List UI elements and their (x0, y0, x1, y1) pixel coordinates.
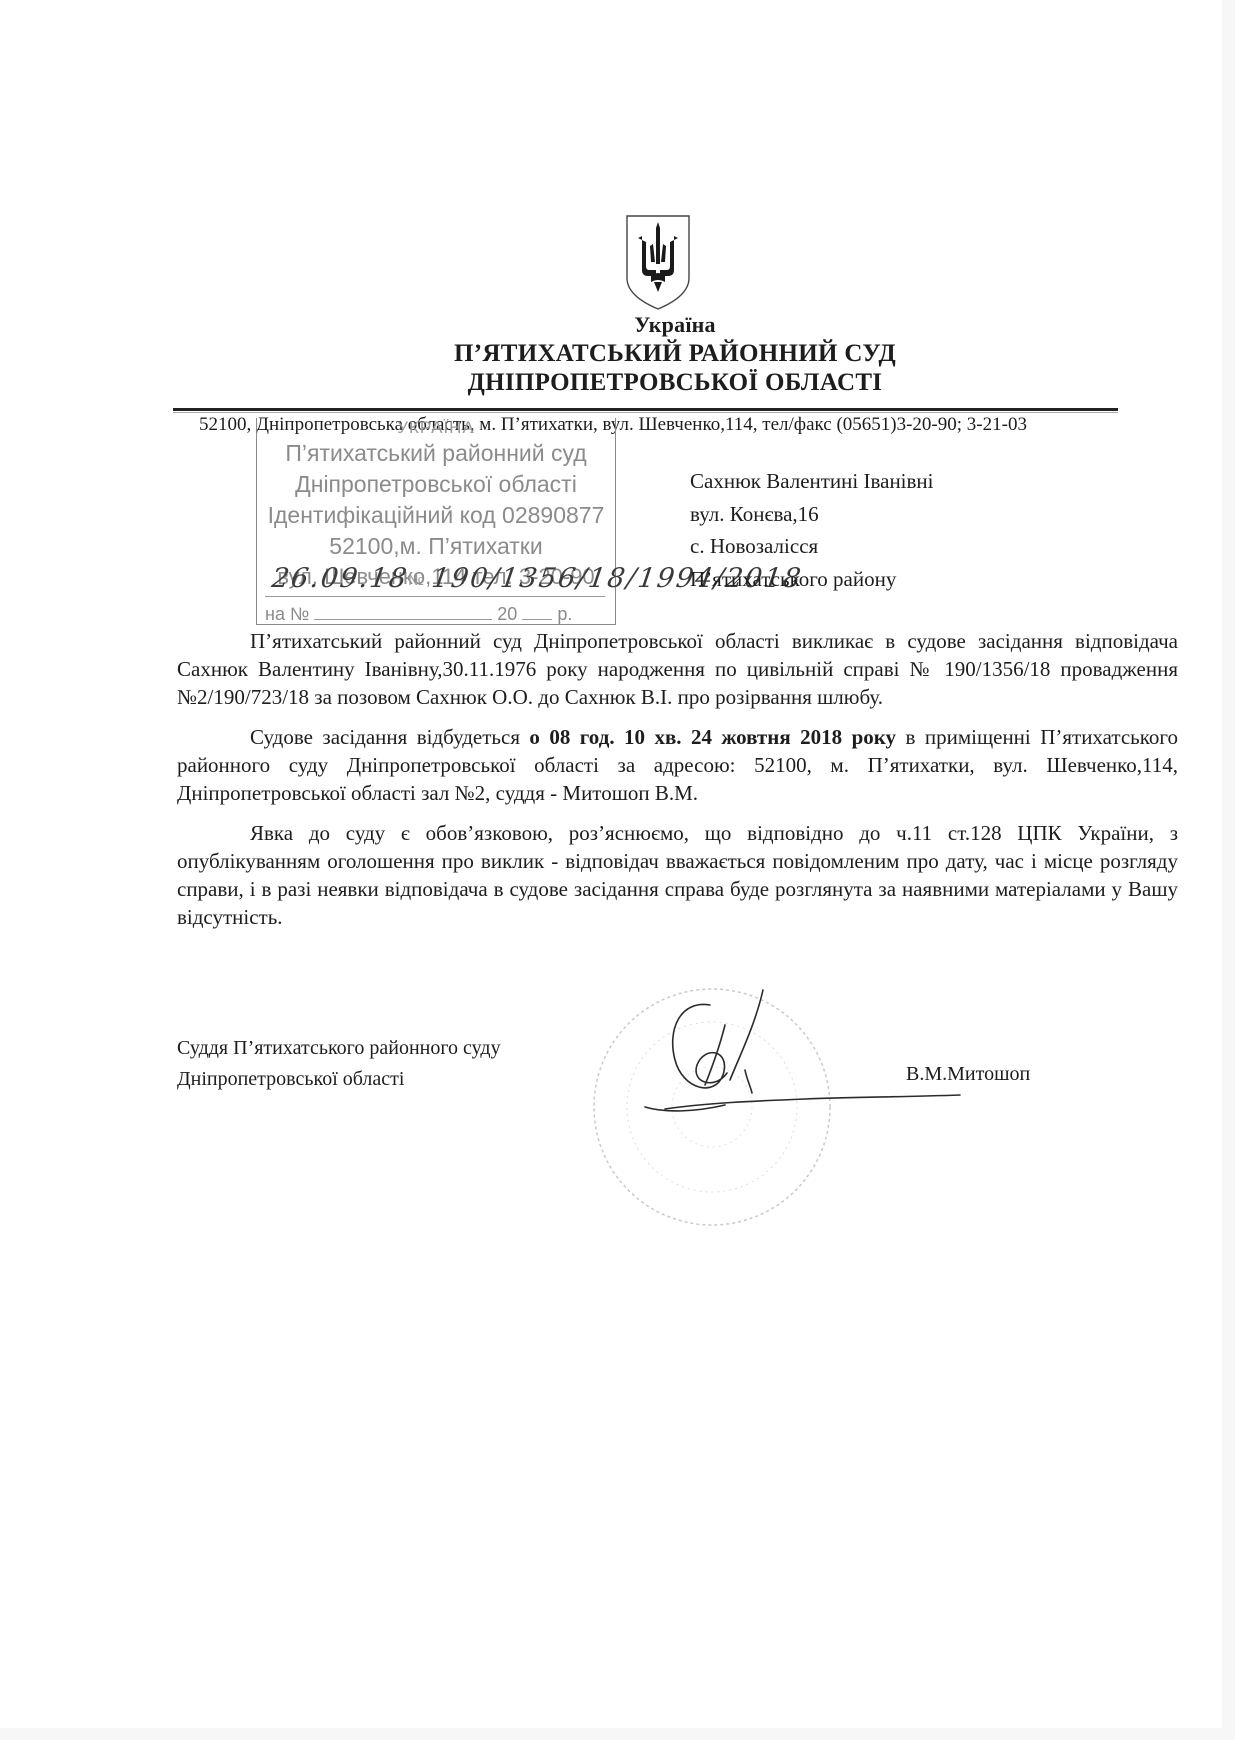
recipient-name: Сахнюк Валентині Іванівні (690, 465, 934, 498)
stamp-line: 52100,м. П’ятихатки (257, 533, 615, 560)
country-heading: Україна (0, 312, 1235, 338)
stamp-reply-to-row: на № 20 р. (265, 604, 609, 625)
stamp-year-suffix: р. (557, 604, 572, 624)
letterhead-divider-thin (173, 412, 1118, 413)
stamp-top-word: УКРАЇНА (257, 418, 615, 438)
summons-body: П’ятихатський районний суд Дніпропетровс… (177, 627, 1178, 943)
stamp-line: П’ятихатський районний суд (257, 440, 615, 467)
stamp-date-underline (265, 596, 605, 597)
summons-paragraph: П’ятихатський районний суд Дніпропетровс… (177, 627, 1178, 711)
trident-coat-of-arms-icon (621, 212, 695, 312)
stamp-reply-to-label: на № (265, 604, 309, 624)
recipient-street: вул. Конєва,16 (690, 498, 934, 531)
region-heading: ДНІПРОПЕТРОВСЬКОЇ ОБЛАСТІ (0, 369, 1235, 397)
judge-title: Суддя П’ятихатського районного суду Дніп… (177, 1033, 501, 1095)
judge-name: В.М.Митошоп (906, 1063, 1030, 1086)
attendance-paragraph: Явка до суду є обов’язковою, роз’яснюємо… (177, 819, 1178, 931)
letterhead-divider (173, 408, 1118, 411)
stamp-line: Дніпропетровської області (257, 471, 615, 498)
hearing-paragraph: Судове засідання відбудеться о 08 год. 1… (177, 723, 1178, 807)
judge-title-line: Дніпропетровської області (177, 1064, 501, 1095)
recipient-village: с. Новозалісся (690, 530, 934, 563)
stamp-line: Ідентифікаційний код 02890877 (257, 502, 615, 529)
recipient-block: Сахнюк Валентині Іванівні вул. Конєва,16… (690, 465, 934, 595)
stamp-year-prefix: 20 (497, 604, 517, 624)
hearing-datetime: о 08 год. 10 хв. 24 жовтня 2018 року (529, 725, 896, 749)
handwritten-date: 26.09.18 (270, 563, 411, 594)
court-name-heading: П’ЯТИХАТСЬКИЙ РАЙОННИЙ СУД (0, 340, 1235, 368)
handwritten-signature-icon (605, 985, 965, 1135)
stamp-number-label: № (408, 572, 426, 589)
document-page: Україна П’ЯТИХАТСЬКИЙ РАЙОННИЙ СУД ДНІПР… (0, 0, 1222, 1728)
recipient-district: П’ятихатського району (690, 563, 934, 596)
judge-title-line: Суддя П’ятихатського районного суду (177, 1033, 501, 1064)
